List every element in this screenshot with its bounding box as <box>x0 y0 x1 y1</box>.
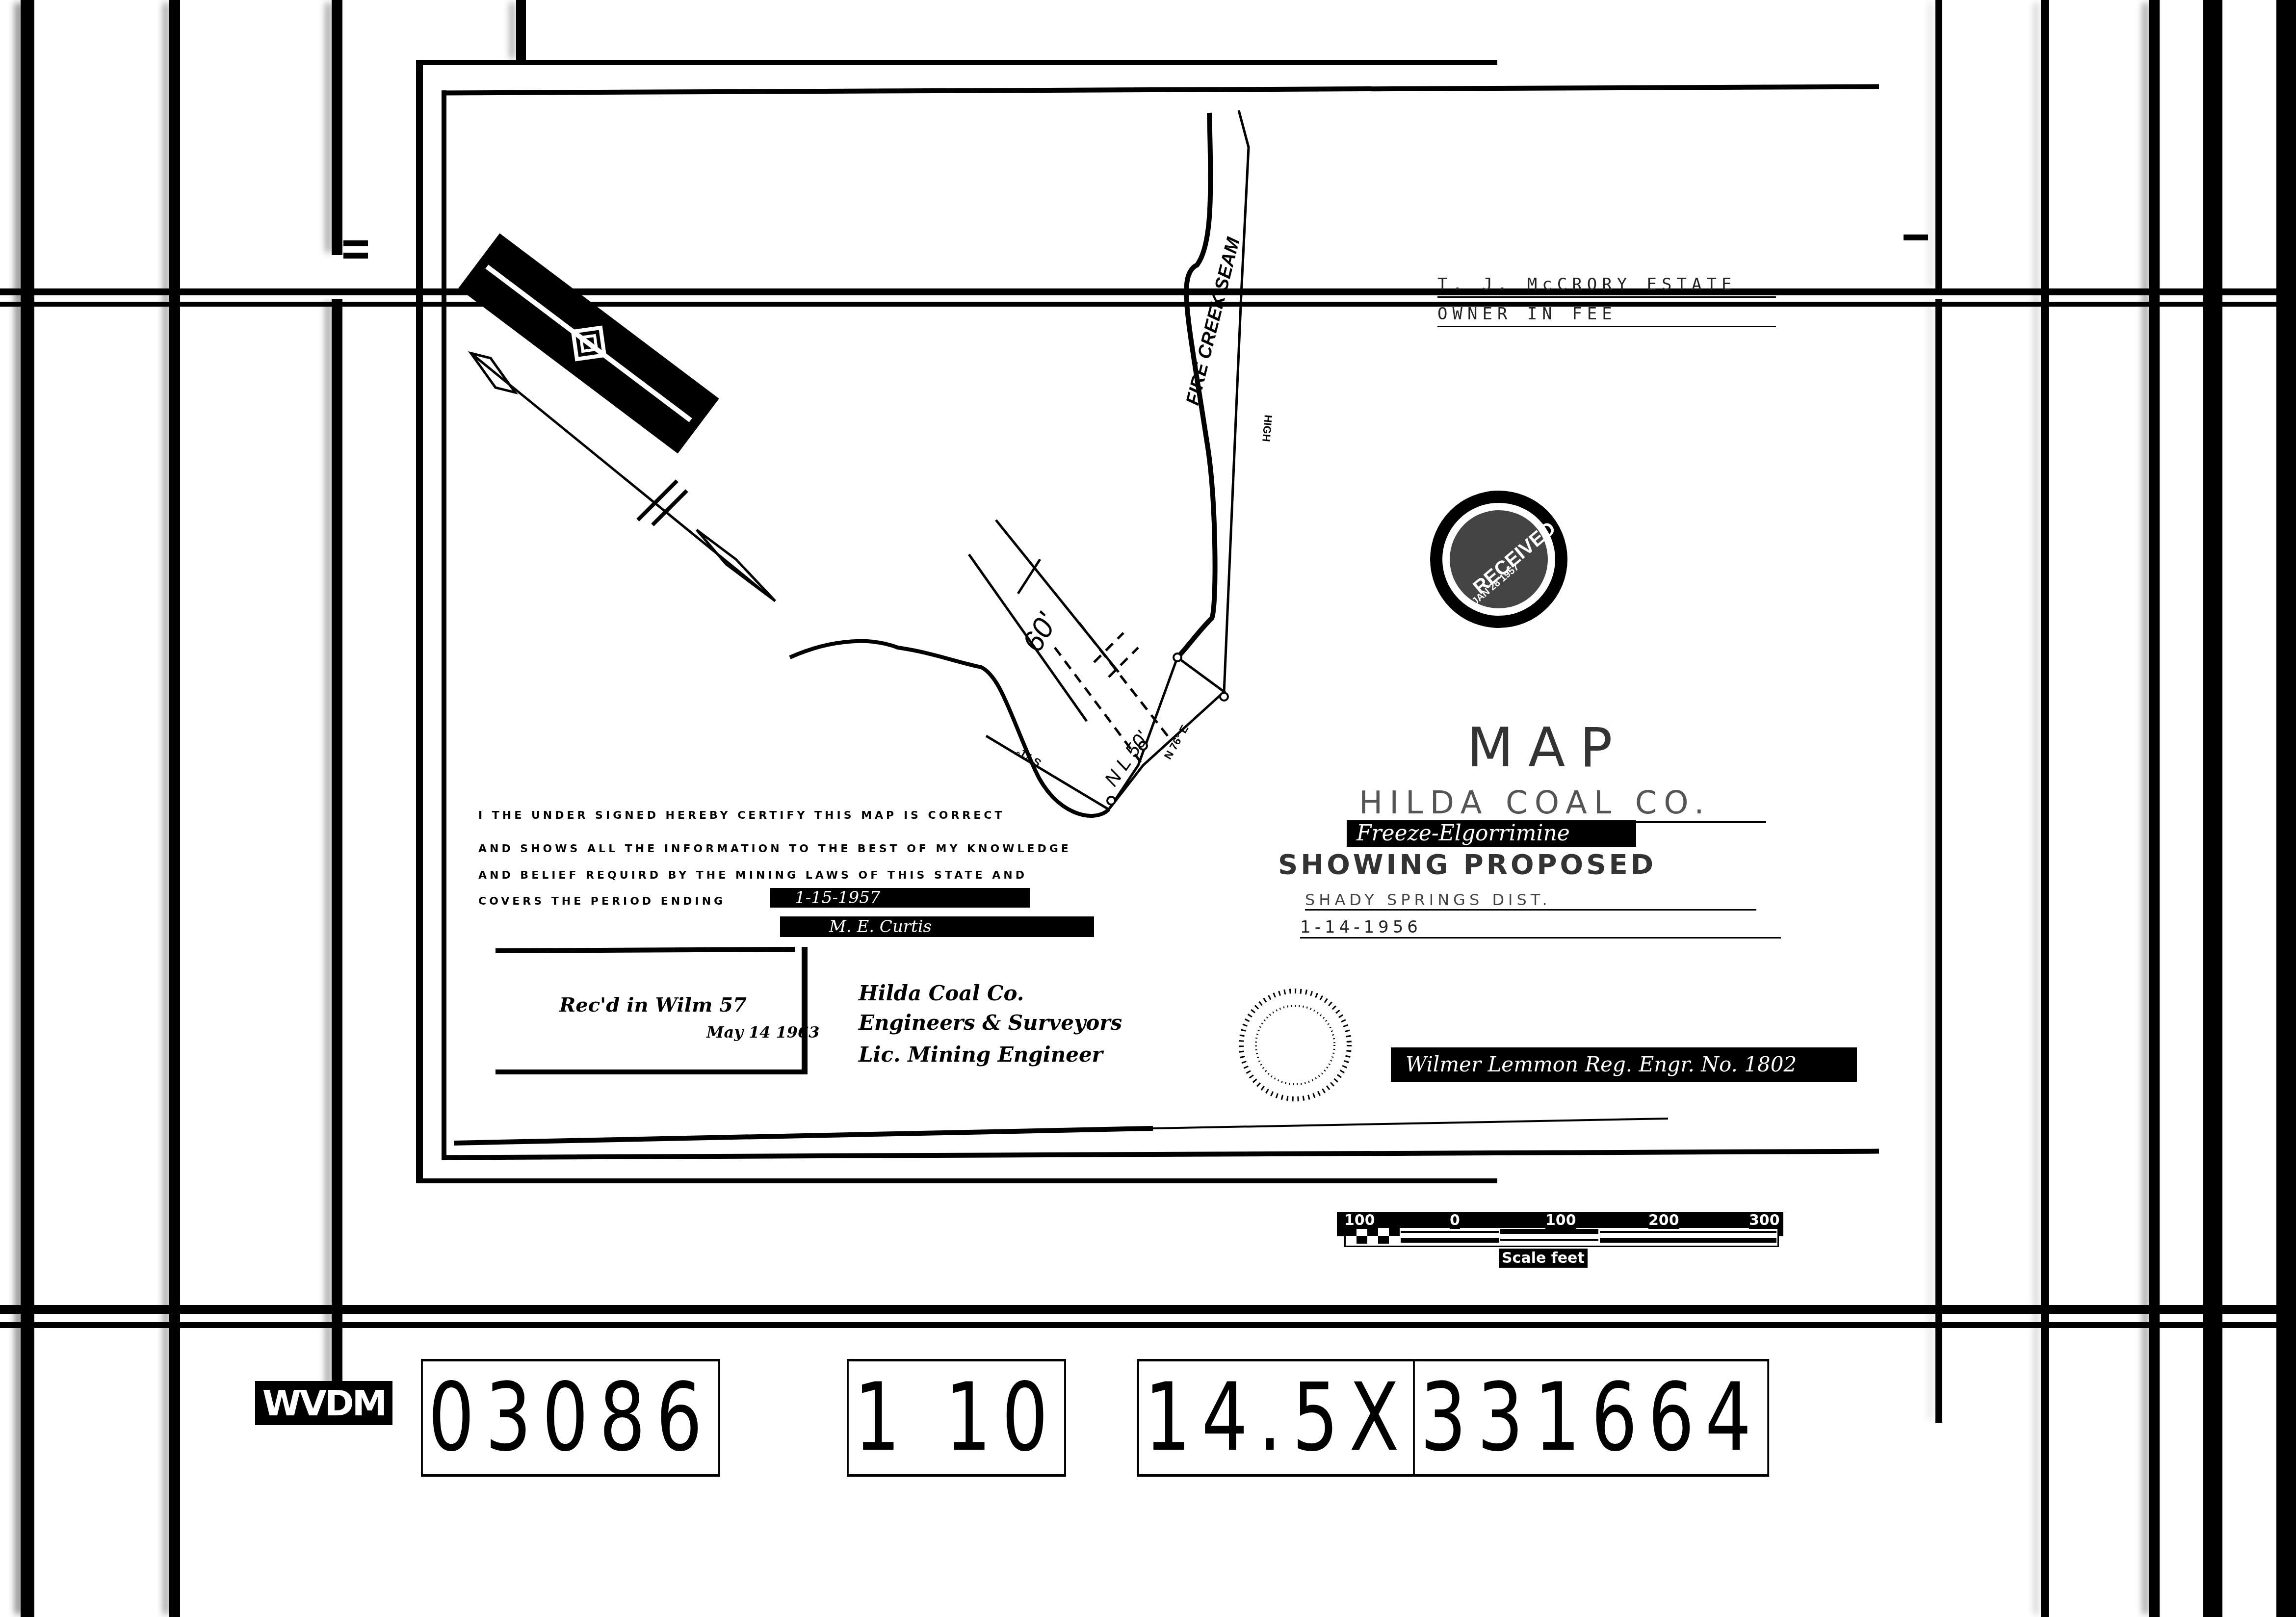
scale-bar-track <box>1344 1226 1779 1247</box>
title-subtitle: SHOWING PROPOSED <box>1278 849 1656 881</box>
cert-line: AND BELIEF REQUIRD BY THE MINING LAWS OF… <box>478 869 1027 882</box>
crop-line <box>790 641 1109 816</box>
period-ending-date: 1-15-1957 <box>770 888 1030 908</box>
cert-line: COVERS THE PERIOD ENDING <box>478 895 726 908</box>
title-map: MAP <box>1467 716 1627 779</box>
cert-line: I THE UNDER SIGNED HEREBY CERTIFY THIS M… <box>478 809 1005 822</box>
engineer-signature-3: Lic. Mining Engineer <box>859 1043 1103 1067</box>
cert-line: AND SHOWS ALL THE INFORMATION TO THE BES… <box>478 843 1071 855</box>
title-district: SHADY SPRINGS DIST. <box>1305 890 1756 911</box>
certifier-signature: M. E. Curtis <box>780 916 1094 937</box>
scale-tick: 100 <box>1545 1212 1576 1229</box>
owner-in-fee: OWNER IN FEE <box>1437 304 1776 327</box>
north-arrow-icon <box>458 234 719 454</box>
handwritten-overlay: Freeze-Elgorrimine <box>1347 820 1636 847</box>
owner-estate: T. J. McCRORY ESTATE <box>1437 275 1776 298</box>
scale-tick: 100 <box>1344 1212 1375 1229</box>
scale-tick: 0 <box>1450 1212 1460 1229</box>
film-id-field: 331664 <box>1413 1359 1769 1477</box>
received-note-date: May 14 1963 <box>706 1023 820 1042</box>
survey-point-icon <box>1107 797 1115 805</box>
archive-badge: WVDM <box>255 1381 392 1425</box>
engineer-signature-1: Hilda Coal Co. <box>859 981 1024 1005</box>
notary-seal-icon <box>1241 991 1349 1099</box>
property-line <box>1224 110 1249 692</box>
scale-tick: 200 <box>1648 1212 1679 1229</box>
scale-label: Scale feet <box>1499 1249 1588 1268</box>
engineer-signature-2: Engineers & Surveyors <box>859 1011 1122 1035</box>
title-company: HILDA COAL CO. <box>1359 785 1766 823</box>
registered-engineer-signature: Wilmer Lemmon Reg. Engr. No. 1802 <box>1391 1047 1857 1082</box>
high-label: HIGH <box>1259 414 1275 442</box>
film-id-field: 14.5X <box>1137 1359 1417 1477</box>
received-note: Rec'd in Wilm 57 <box>559 993 747 1017</box>
title-date: 1-14-1956 <box>1300 917 1781 939</box>
scale-tick: 300 <box>1749 1212 1780 1229</box>
survey-point-icon <box>1174 653 1181 661</box>
survey-point-icon <box>1220 693 1228 701</box>
film-id-field: 03086 <box>421 1359 720 1477</box>
film-id-field: 1 10 <box>847 1359 1066 1477</box>
